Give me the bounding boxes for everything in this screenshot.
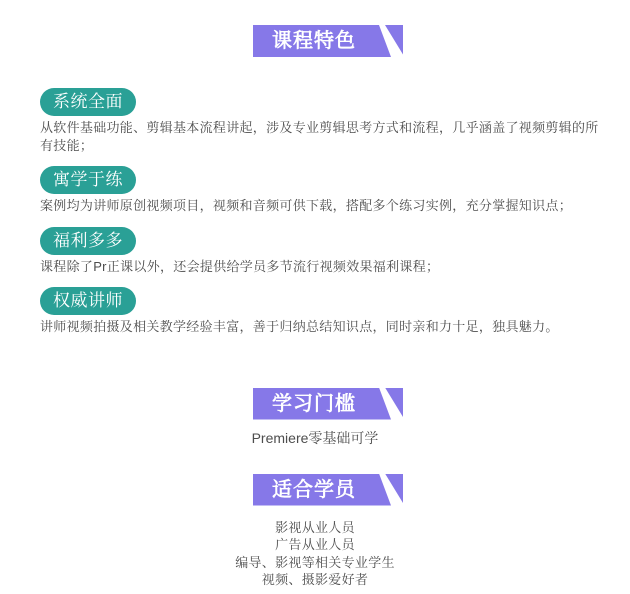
feature-badge: 寓学于练 [40,166,136,194]
feature-item: 寓学于练 案例均为讲师原创视频项目，视频和音频可供下载，搭配多个练习实例，充分掌… [0,166,630,215]
feature-badge: 权威讲师 [40,287,136,315]
feature-badge: 福利多多 [40,227,136,255]
feature-description: 课程除了Pr正课以外，还会提供给学员多节流行视频效果福利课程； [40,258,600,276]
feature-item: 权威讲师 讲师视频拍摄及相关教学经验丰富，善于归纳总结知识点，同时亲和力十足，独… [0,287,630,336]
threshold-section-banner: 学习门槛 [253,388,403,420]
features-section-banner: 课程特色 [253,25,403,57]
features-section-title: 课程特色 [253,25,375,57]
audience-list-item: 编导、影视等相关专业学生 [0,554,630,572]
audience-section-banner: 适合学员 [253,474,403,506]
feature-badge-row: 权威讲师 [40,287,630,315]
feature-description: 讲师视频拍摄及相关教学经验丰富，善于归纳总结知识点，同时亲和力十足，独具魅力。 [40,318,600,336]
feature-badge-row: 福利多多 [40,227,630,255]
audience-section-title: 适合学员 [253,474,375,506]
audience-list-item: 影视从业人员 [0,519,630,537]
feature-badge-row: 系统全面 [40,88,630,116]
feature-item: 福利多多 课程除了Pr正课以外，还会提供给学员多节流行视频效果福利课程； [0,227,630,276]
threshold-text: Premiere零基础可学 [0,429,630,447]
audience-list: 影视从业人员 广告从业人员 编导、影视等相关专业学生 视频、摄影爱好者 [0,519,630,589]
feature-description: 从软件基础功能、剪辑基本流程讲起，涉及专业剪辑思考方式和流程，几乎涵盖了视频剪辑… [40,119,600,154]
feature-description: 案例均为讲师原创视频项目，视频和音频可供下载，搭配多个练习实例，充分掌握知识点； [40,197,600,215]
feature-item: 系统全面 从软件基础功能、剪辑基本流程讲起，涉及专业剪辑思考方式和流程，几乎涵盖… [0,88,630,154]
feature-badge-row: 寓学于练 [40,166,630,194]
threshold-section-title: 学习门槛 [253,388,375,420]
feature-badge: 系统全面 [40,88,136,116]
audience-list-item: 广告从业人员 [0,536,630,554]
audience-list-item: 视频、摄影爱好者 [0,571,630,589]
